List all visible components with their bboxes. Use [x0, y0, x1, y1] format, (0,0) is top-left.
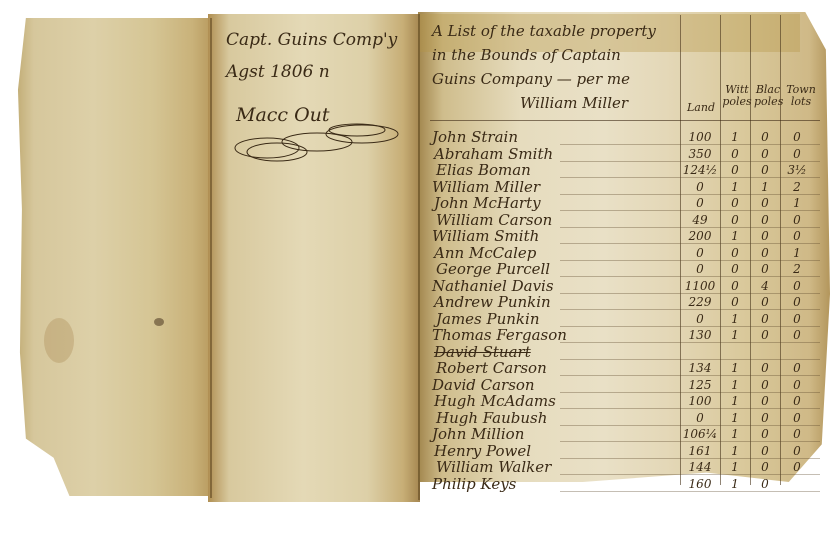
- cell-white-poles: 1: [722, 427, 748, 441]
- taxpayer-name: Nathaniel Davis: [432, 277, 554, 295]
- flourish-icon: [232, 118, 402, 168]
- blank-left-panel: [14, 18, 212, 496]
- cell-black-poles: 0: [752, 229, 778, 243]
- cell-white-poles: 1: [722, 229, 748, 243]
- row-rule: [560, 161, 820, 162]
- cell-white-poles: 0: [722, 295, 748, 309]
- cell-land: 130: [682, 328, 718, 342]
- taxpayer-name: Henry Powel: [434, 442, 531, 460]
- taxpayer-name: John Strain: [432, 128, 518, 146]
- row-rule: [560, 293, 820, 294]
- row-rule: [560, 474, 820, 475]
- col-header-black-poles: Blac poles: [754, 84, 782, 108]
- cell-black-poles: 0: [752, 312, 778, 326]
- cell-town-lots: 0: [782, 147, 812, 161]
- cell-town-lots: 0: [782, 411, 812, 425]
- cell-land: 161: [682, 444, 718, 458]
- cell-town-lots: 0: [782, 213, 812, 227]
- cell-land: 0: [682, 196, 718, 210]
- row-rule: [560, 359, 820, 360]
- cell-land: 100: [682, 130, 718, 144]
- cell-land: 125: [682, 378, 718, 392]
- taxpayer-name: Ann McCalep: [434, 244, 536, 262]
- heading-line-2: in the Bounds of Captain: [432, 46, 621, 64]
- cell-white-poles: 1: [722, 328, 748, 342]
- taxpayer-name: William Miller: [432, 178, 540, 196]
- cell-town-lots: 1: [782, 196, 812, 210]
- cell-town-lots: 0: [782, 328, 812, 342]
- taxpayer-name: Philip Keys: [432, 475, 516, 493]
- cell-white-poles: 0: [722, 147, 748, 161]
- cell-black-poles: 0: [752, 427, 778, 441]
- taxpayer-name: George Purcell: [436, 260, 550, 278]
- cell-black-poles: 0: [752, 361, 778, 375]
- cell-land: 0: [682, 262, 718, 276]
- cell-town-lots: 0: [782, 444, 812, 458]
- water-stain: [44, 318, 74, 363]
- taxpayer-name: William Walker: [436, 458, 551, 476]
- header-rule: [430, 120, 820, 121]
- cell-white-poles: 0: [722, 213, 748, 227]
- cell-black-poles: 0: [752, 394, 778, 408]
- cell-town-lots: 0: [782, 130, 812, 144]
- row-rule: [560, 408, 820, 409]
- cell-land: 200: [682, 229, 718, 243]
- cell-white-poles: 0: [722, 246, 748, 260]
- row-rule: [560, 177, 820, 178]
- taxpayer-name: Hugh Faubush: [436, 409, 547, 427]
- taxpayer-name: David Carson: [432, 376, 535, 394]
- row-rule: [560, 375, 820, 376]
- row-rule: [560, 144, 820, 145]
- cell-town-lots: 0: [782, 279, 812, 293]
- cell-town-lots: 0: [782, 394, 812, 408]
- row-rule: [560, 392, 820, 393]
- col-header-town-lots: Town lots: [786, 84, 816, 108]
- taxpayer-name: Robert Carson: [436, 359, 547, 377]
- cell-black-poles: 0: [752, 262, 778, 276]
- cell-white-poles: 0: [722, 163, 748, 177]
- taxpayer-name: David Stuart: [434, 343, 531, 361]
- col-header-land: Land: [686, 102, 716, 114]
- row-rule: [560, 491, 820, 492]
- ink-spot: [154, 318, 164, 326]
- cell-white-poles: 1: [722, 378, 748, 392]
- cell-town-lots: 0: [782, 378, 812, 392]
- cell-land: 144: [682, 460, 718, 474]
- taxpayer-name: Hugh McAdams: [434, 392, 556, 410]
- row-rule: [560, 276, 820, 277]
- cell-land: 49: [682, 213, 718, 227]
- cell-white-poles: 1: [722, 394, 748, 408]
- cell-white-poles: 1: [722, 411, 748, 425]
- cell-white-poles: 1: [722, 460, 748, 474]
- row-rule: [560, 342, 820, 343]
- cell-land: 134: [682, 361, 718, 375]
- docket-panel: [208, 14, 420, 502]
- document-photo: Capt. Guins Comp'y Agst 1806 n Macc Out …: [0, 0, 840, 534]
- col-header-white-poles: Witt poles: [722, 84, 752, 108]
- cell-land: 0: [682, 312, 718, 326]
- cell-white-poles: 1: [722, 130, 748, 144]
- taxpayer-name: Elias Boman: [436, 161, 531, 179]
- cell-black-poles: 0: [752, 444, 778, 458]
- cell-town-lots: 0: [782, 460, 812, 474]
- fold-line: [210, 18, 212, 498]
- cell-black-poles: 0: [752, 213, 778, 227]
- cell-white-poles: 1: [722, 361, 748, 375]
- taxpayer-name: Abraham Smith: [434, 145, 553, 163]
- cell-white-poles: 0: [722, 196, 748, 210]
- row-rule: [560, 458, 820, 459]
- cell-white-poles: 1: [722, 444, 748, 458]
- cell-land: 100: [682, 394, 718, 408]
- column-rule: [750, 15, 751, 485]
- cell-land: 106¼: [682, 427, 718, 441]
- row-rule: [560, 227, 820, 228]
- taxpayer-name: Thomas Fergason: [432, 326, 567, 344]
- taxpayer-name: John McHarty: [434, 194, 541, 212]
- cell-town-lots: 1: [782, 246, 812, 260]
- column-rule: [720, 15, 721, 485]
- docket-line-2: Agst 1806 n: [226, 62, 330, 82]
- cell-land: 0: [682, 411, 718, 425]
- cell-white-poles: 0: [722, 279, 748, 293]
- cell-land: 0: [682, 180, 718, 194]
- cell-land: 1100: [682, 279, 718, 293]
- cell-land: 229: [682, 295, 718, 309]
- cell-land: 350: [682, 147, 718, 161]
- cell-black-poles: 0: [752, 130, 778, 144]
- cell-black-poles: 0: [752, 246, 778, 260]
- fold-line: [418, 14, 420, 500]
- column-rule: [680, 15, 681, 485]
- cell-town-lots: 0: [782, 312, 812, 326]
- row-rule: [560, 326, 820, 327]
- cell-white-poles: 1: [722, 312, 748, 326]
- heading-signature: William Miller: [520, 94, 628, 112]
- cell-town-lots: 0: [782, 229, 812, 243]
- cell-black-poles: 0: [752, 328, 778, 342]
- row-rule: [560, 243, 820, 244]
- cell-black-poles: 4: [752, 279, 778, 293]
- cell-black-poles: 1: [752, 180, 778, 194]
- taxpayer-name: William Smith: [432, 227, 539, 245]
- cell-black-poles: 0: [752, 295, 778, 309]
- cell-town-lots: 2: [782, 180, 812, 194]
- taxpayer-name: Andrew Punkin: [434, 293, 551, 311]
- cell-town-lots: 2: [782, 262, 812, 276]
- row-rule: [560, 309, 820, 310]
- row-rule: [560, 210, 820, 211]
- cell-black-poles: 0: [752, 460, 778, 474]
- cell-black-poles: 0: [752, 378, 778, 392]
- cell-white-poles: 1: [722, 180, 748, 194]
- cell-land: 124½: [682, 163, 718, 177]
- cell-land: 0: [682, 246, 718, 260]
- cell-black-poles: 0: [752, 147, 778, 161]
- cell-town-lots: 0: [782, 361, 812, 375]
- column-rule: [780, 15, 781, 485]
- row-rule: [560, 194, 820, 195]
- row-rule: [560, 425, 820, 426]
- heading-line-3: Guins Company — per me: [432, 70, 630, 88]
- cell-white-poles: 1: [722, 477, 748, 491]
- cell-white-poles: 0: [722, 262, 748, 276]
- taxpayer-name: James Punkin: [436, 310, 539, 328]
- docket-line-1: Capt. Guins Comp'y: [226, 30, 397, 50]
- taxpayer-name: John Million: [432, 425, 524, 443]
- cell-black-poles: 0: [752, 477, 778, 491]
- cell-town-lots: 3½: [782, 163, 812, 177]
- taxpayer-name: William Carson: [436, 211, 552, 229]
- cell-land: 160: [682, 477, 718, 491]
- row-rule: [560, 260, 820, 261]
- cell-town-lots: 0: [782, 427, 812, 441]
- cell-black-poles: 0: [752, 196, 778, 210]
- cell-town-lots: 0: [782, 295, 812, 309]
- cell-black-poles: 0: [752, 163, 778, 177]
- row-rule: [560, 441, 820, 442]
- cell-black-poles: 0: [752, 411, 778, 425]
- heading-line-1: A List of the taxable property: [432, 22, 656, 40]
